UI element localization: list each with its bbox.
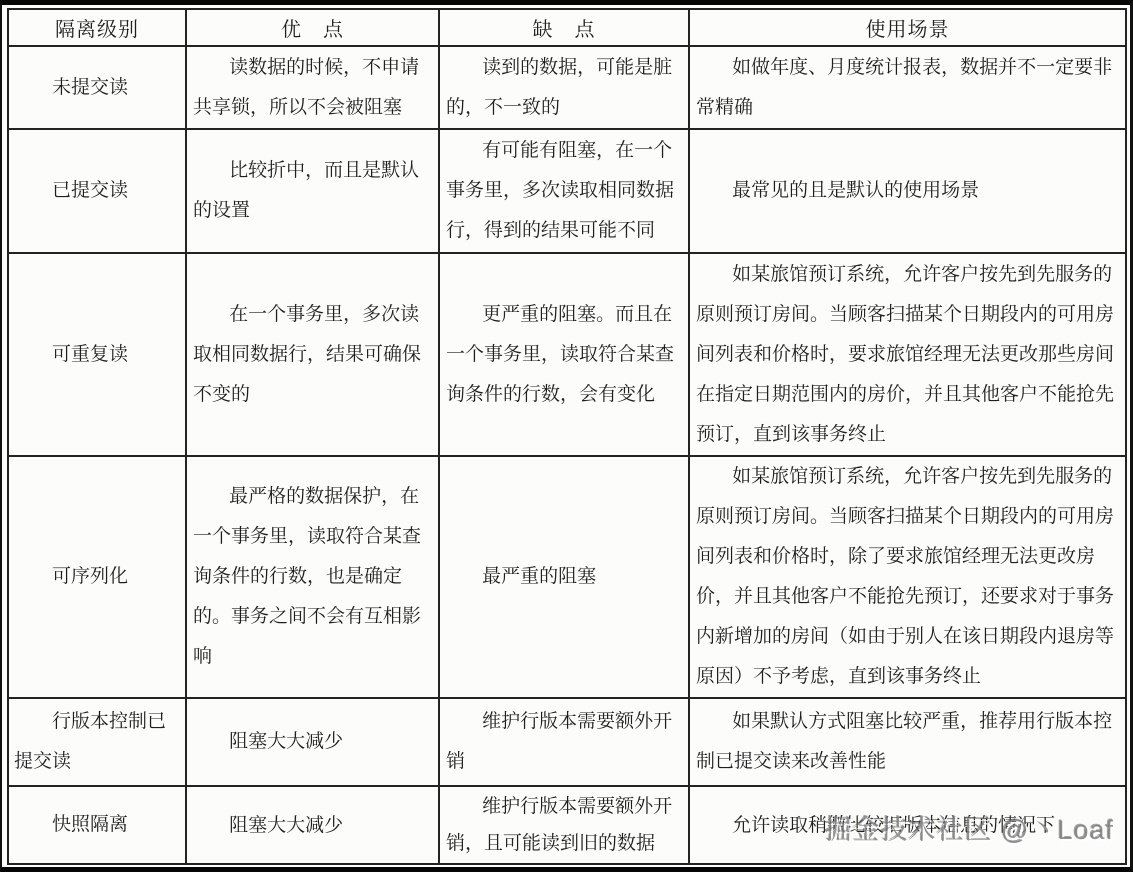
cell-pros: 读数据的时候，不申请共享锁，所以不会被阻塞: [186, 46, 439, 129]
header-cons: 缺 点: [439, 9, 689, 46]
cell-level: 行版本控制已提交读: [8, 698, 186, 786]
cell-scenario: 如做年度、月度统计报表，数据并不一定要非常精确: [689, 46, 1126, 129]
cell-scenario: 最常见的且是默认的使用场景: [689, 129, 1126, 253]
cell-scenario: 如果默认方式阻塞比较严重，推荐用行版本控制已提交读来改善性能: [689, 698, 1126, 786]
table-row-rowversion-read-committed: 行版本控制已提交读 阻塞大大减少 维护行版本需要额外开销 如果默认方式阻塞比较严…: [8, 698, 1126, 786]
scanned-page: 隔离级别 优 点 缺 点 使用场景 未提交读 读数据的时候，不申请共享锁，所以不…: [0, 0, 1133, 872]
header-pros: 优 点: [186, 9, 439, 46]
cell-pros: 阻塞大大减少: [186, 786, 439, 864]
cell-pros: 在一个事务里，多次读取相同数据行，结果可确保不变的: [186, 253, 439, 456]
table-row-snapshot-isolation: 快照隔离 阻塞大大减少 维护行版本需要额外开销，且可能读到旧的数据 允许读取稍微…: [8, 786, 1126, 864]
cell-cons: 更严重的阻塞。而且在一个事务里，读取符合某查询条件的行数，会有变化: [439, 253, 689, 456]
cell-level: 未提交读: [8, 46, 186, 129]
isolation-levels-table: 隔离级别 优 点 缺 点 使用场景 未提交读 读数据的时候，不申请共享锁，所以不…: [7, 8, 1127, 865]
cell-level: 可重复读: [8, 253, 186, 456]
cell-pros: 比较折中，而且是默认的设置: [186, 129, 439, 253]
cell-cons: 最严重的阻塞: [439, 456, 689, 698]
header-scenario: 使用场景: [689, 9, 1126, 46]
cell-pros: 阻塞大大减少: [186, 698, 439, 786]
cell-level: 可序列化: [8, 456, 186, 698]
table-row-repeatable-read: 可重复读 在一个事务里，多次读取相同数据行，结果可确保不变的 更严重的阻塞。而且…: [8, 253, 1126, 456]
cell-scenario: 如某旅馆预订系统，允许客户按先到先服务的原则预订房间。当顾客扫描某个日期段内的可…: [689, 253, 1126, 456]
table-row-serializable: 可序列化 最严格的数据保护，在一个事务里，读取符合某查询条件的行数，也是确定的。…: [8, 456, 1126, 698]
cell-cons: 读到的数据，可能是脏的，不一致的: [439, 46, 689, 129]
cell-scenario: 如某旅馆预订系统，允许客户按先到先服务的原则预订房间。当顾客扫描某个日期段内的可…: [689, 456, 1126, 698]
cell-cons: 有可能有阻塞，在一个事务里，多次读取相同数据行，得到的结果可能不同: [439, 129, 689, 253]
cell-level: 已提交读: [8, 129, 186, 253]
cell-level: 快照隔离: [8, 786, 186, 864]
header-row: 隔离级别 优 点 缺 点 使用场景: [8, 9, 1126, 46]
cell-scenario: 允许读取稍微比较旧版本信息的情况下: [689, 786, 1126, 864]
cell-cons: 维护行版本需要额外开销: [439, 698, 689, 786]
table-row-read-uncommitted: 未提交读 读数据的时候，不申请共享锁，所以不会被阻塞 读到的数据，可能是脏的，不…: [8, 46, 1126, 129]
cell-cons: 维护行版本需要额外开销，且可能读到旧的数据: [439, 786, 689, 864]
cell-pros: 最严格的数据保护，在一个事务里，读取符合某查询条件的行数，也是确定的。事务之间不…: [186, 456, 439, 698]
header-isolation-level: 隔离级别: [8, 9, 186, 46]
table-row-read-committed: 已提交读 比较折中，而且是默认的设置 有可能有阻塞，在一个事务里，多次读取相同数…: [8, 129, 1126, 253]
